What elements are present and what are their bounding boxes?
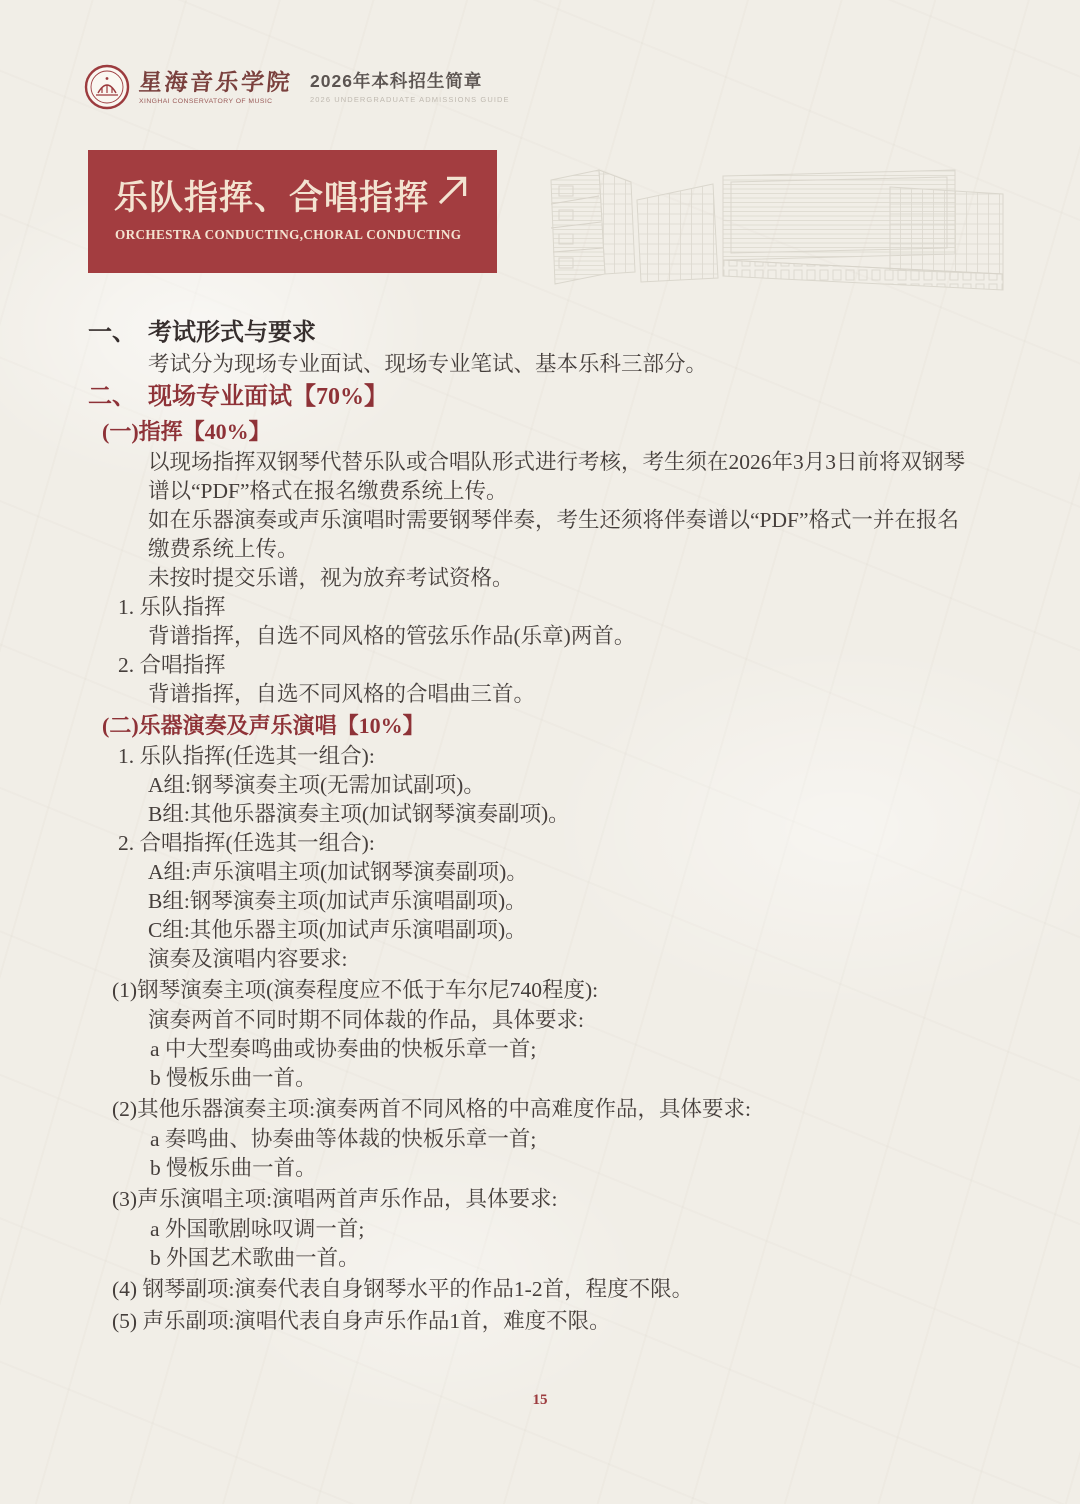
text-line: 2. 合唱指挥(任选其一组合): — [88, 829, 1000, 858]
text-line: (一)指挥【40%】 — [88, 415, 1000, 448]
text-line: A组:钢琴演奏主项(无需加试副项)。 — [88, 771, 1000, 800]
guide-title-cn: 2026年本科招生简章 — [310, 70, 510, 92]
text-line: (4) 钢琴副项:演奏代表自身钢琴水平的作品1-2首，程度不限。 — [88, 1273, 1000, 1305]
text-line: 1. 乐队指挥(任选其一组合): — [88, 742, 1000, 771]
text-line: B组:钢琴演奏主项(加试声乐演唱副项)。 — [88, 887, 1000, 916]
section-title-cn: 乐队指挥、合唱指挥 — [114, 170, 429, 219]
document-body: 一、考试形式与要求考试分为现场专业面试、现场专业笔试、基本乐科三部分。二、现场专… — [88, 316, 1000, 1337]
text-line: 考试分为现场专业面试、现场专业笔试、基本乐科三部分。 — [88, 350, 1000, 379]
heading-text: 考试形式与要求 — [148, 316, 316, 350]
text-line: a 中大型奏鸣曲或协奏曲的快板乐章一首; — [88, 1035, 1000, 1064]
text-line: 2. 合唱指挥 — [88, 651, 1000, 680]
school-name-cn: 星海音乐学院 — [138, 70, 293, 96]
list-marker: 二、 — [88, 379, 148, 415]
text-line: B组:其他乐器演奏主项(加试钢琴演奏副项)。 — [88, 800, 1000, 829]
school-name-en: XINGHAI CONSERVATORY OF MUSIC — [139, 98, 292, 105]
text-line: C组:其他乐器主项(加试声乐演唱副项)。 — [88, 916, 1000, 945]
text-line: 如在乐器演奏或声乐演唱时需要钢琴伴奏，考生还须将伴奏谱以“PDF”格式一并在报名 — [88, 506, 1000, 535]
text-line: (二)乐器演奏及声乐演唱【10%】 — [88, 709, 1000, 742]
text-line: 1. 乐队指挥 — [88, 593, 1000, 622]
text-line: (1)钢琴演奏主项(演奏程度应不低于车尔尼740程度): — [88, 974, 1000, 1006]
text-line: 演奏两首不同时期不同体裁的作品，具体要求: — [88, 1006, 1000, 1035]
heading-text: 现场专业面试【70%】 — [148, 379, 388, 415]
brochure-page: { "colors":{ "paper":"#f1eee7", "banner_… — [0, 0, 1080, 1504]
section-banner: 乐队指挥、合唱指挥 ORCHESTRA CONDUCTING,CHORAL CO… — [88, 150, 497, 273]
list-marker: 一、 — [88, 316, 148, 350]
text-line: 一、考试形式与要求 — [88, 316, 1000, 350]
text-line: 以现场指挥双钢琴代替乐队或合唱队形式进行考核，考生须在2026年3月3日前将双钢… — [88, 448, 1000, 477]
section-title-en: ORCHESTRA CONDUCTING,CHORAL CONDUCTING — [115, 227, 461, 243]
guide-title-block: 2026年本科招生简章 2026 UNDERGRADUATE ADMISSION… — [310, 70, 510, 104]
text-line: 演奏及演唱内容要求: — [88, 945, 1000, 974]
school-name-block: 星海音乐学院 XINGHAI CONSERVATORY OF MUSIC — [139, 70, 292, 105]
text-line: 缴费系统上传。 — [88, 535, 1000, 564]
page-header: 星海音乐学院 XINGHAI CONSERVATORY OF MUSIC 202… — [84, 64, 510, 110]
text-line: a 奏鸣曲、协奏曲等体裁的快板乐章一首; — [88, 1125, 1000, 1154]
text-line: A组:声乐演唱主项(加试钢琴演奏副项)。 — [88, 858, 1000, 887]
text-line: 谱以“PDF”格式在报名缴费系统上传。 — [88, 477, 1000, 506]
text-line: 背谱指挥，自选不同风格的管弦乐作品(乐章)两首。 — [88, 622, 1000, 651]
guide-title-en: 2026 UNDERGRADUATE ADMISSIONS GUIDE — [310, 95, 510, 104]
text-line: (2)其他乐器演奏主项:演奏两首不同风格的中高难度作品，具体要求: — [88, 1093, 1000, 1125]
text-line: b 外国艺术歌曲一首。 — [88, 1244, 1000, 1273]
page-number: 15 — [0, 1392, 1080, 1409]
text-line: (3)声乐演唱主项:演唱两首声乐作品，具体要求: — [88, 1183, 1000, 1215]
school-seal-icon — [84, 64, 130, 110]
text-line: 未按时提交乐谱，视为放弃考试资格。 — [88, 564, 1000, 593]
text-line: 背谱指挥，自选不同风格的合唱曲三首。 — [88, 680, 1000, 709]
arrow-up-right-icon — [435, 172, 471, 208]
text-line: a 外国歌剧咏叹调一首; — [88, 1215, 1000, 1244]
text-line: b 慢板乐曲一首。 — [88, 1064, 1000, 1093]
text-line: b 慢板乐曲一首。 — [88, 1154, 1000, 1183]
campus-building-sketch — [545, 142, 1005, 294]
text-line: (5) 声乐副项:演唱代表自身声乐作品1首，难度不限。 — [88, 1305, 1000, 1337]
text-line: 二、现场专业面试【70%】 — [88, 379, 1000, 415]
